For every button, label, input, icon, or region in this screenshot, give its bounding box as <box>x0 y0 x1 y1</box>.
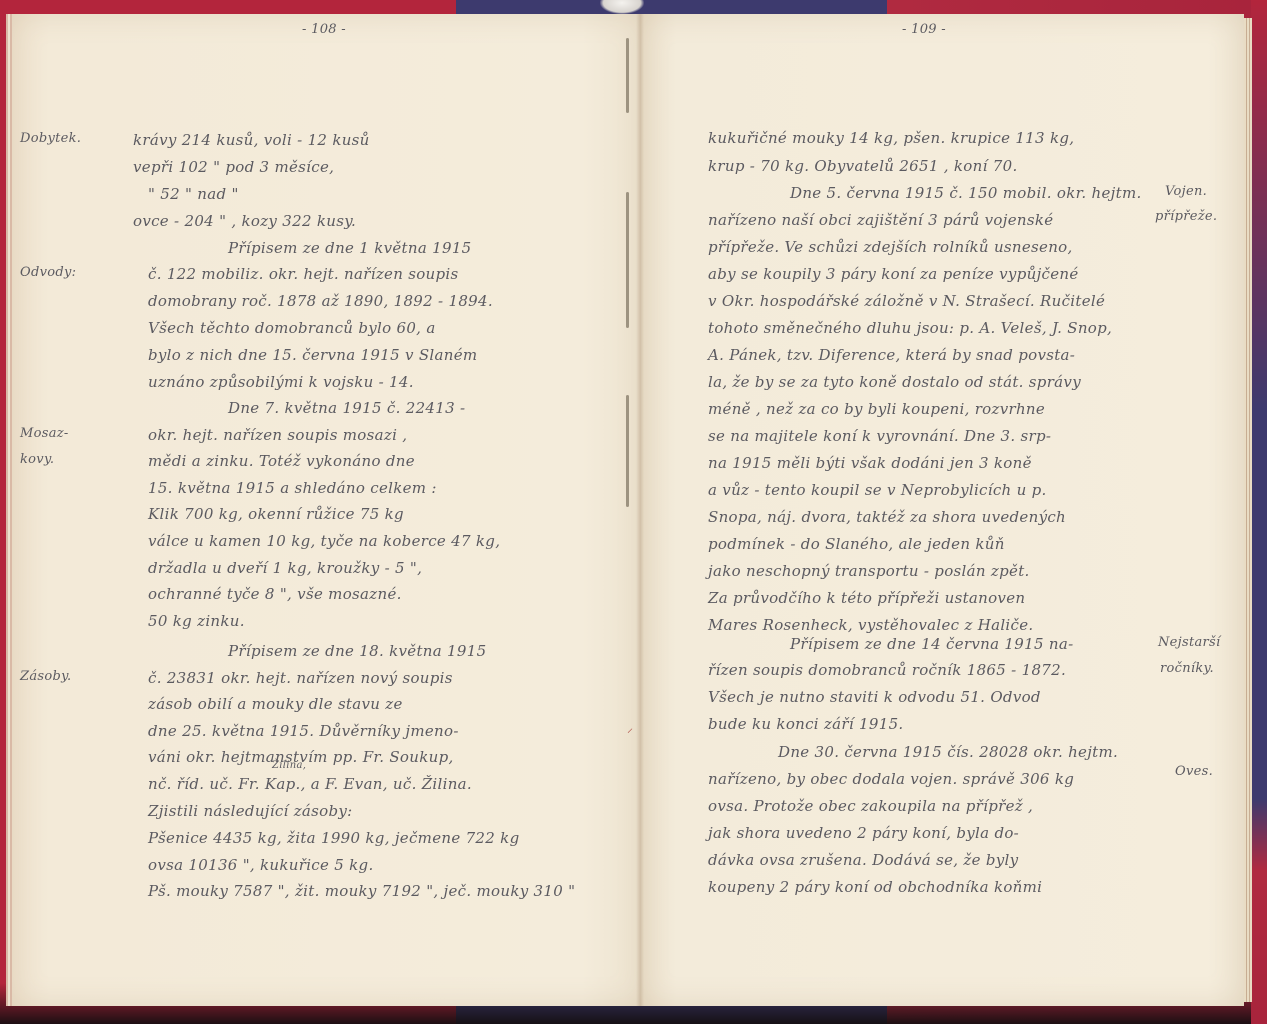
text-line: Klik 700 kg, okenní růžice 75 kg <box>148 504 404 524</box>
text-line: domobrany roč. 1878 až 1890, 1892 - 1894… <box>148 291 493 311</box>
binding-stitch <box>626 38 629 113</box>
binder-clip <box>600 0 644 14</box>
text-line: aby se koupily 3 páry koní za peníze vyp… <box>708 264 1079 284</box>
text-line: vepři 102 " pod 3 měsíce, <box>133 157 334 177</box>
text-line: Pš. mouky 7587 ", žit. mouky 7192 ", ječ… <box>148 881 575 901</box>
text-line: mědi a zinku. Totéž vykonáno dne <box>148 451 415 471</box>
text-line: na 1915 měli býti však dodáni jen 3 koně <box>708 453 1032 473</box>
text-line: kukuřičné mouky 14 kg, pšen. krupice 113… <box>708 128 1074 148</box>
text-line: Snopa, náj. dvora, taktéž za shora uvede… <box>708 507 1066 527</box>
text-line: jak shora uvedeno 2 páry koní, byla do- <box>708 823 1019 843</box>
text-line: tohoto směnečného dluhu jsou: p. A. Vele… <box>708 318 1112 338</box>
text-line: podmínek - do Slaného, ale jeden kůň <box>708 534 1005 554</box>
text-line: Všech je nutno staviti k odvodu 51. Odvo… <box>708 687 1041 707</box>
text-line: ochranné tyče 8 ", vše mosazné. <box>148 584 402 604</box>
margin-note: Oves. <box>1175 763 1213 781</box>
margin-note: ročníky. <box>1160 660 1214 678</box>
text-line: Přípisem ze dne 1 května 1915 <box>228 238 472 258</box>
text-line: " 52 " nad " <box>148 184 239 204</box>
text-line: nařízeno naší obci zajištění 3 párů voje… <box>708 210 1053 230</box>
page-number-left: - 108 - <box>302 22 346 37</box>
text-line: ovsa. Protože obec zakoupila na přípřež … <box>708 796 1033 816</box>
text-line: Přípisem ze dne 18. května 1915 <box>228 641 486 661</box>
text-line: A. Pánek, tzv. Diference, která by snad … <box>708 345 1075 365</box>
cover-edge <box>1251 0 1267 1024</box>
text-line: nařízeno, by obec dodala vojen. správě 3… <box>708 769 1074 789</box>
text-line: v Okr. hospodářské záložně v N. Strašecí… <box>708 291 1105 311</box>
text-line: Všech těchto domobranců bylo 60, a <box>148 318 436 338</box>
text-line: 15. května 1915 a shledáno celkem : <box>148 478 437 498</box>
text-line: Pšenice 4435 kg, žita 1990 kg, ječmene 7… <box>148 828 519 848</box>
text-line: koupeny 2 páry koní od obchodníka koňmi <box>708 877 1042 897</box>
text-line: méně , než za co by byli koupeni, rozvrh… <box>708 399 1045 419</box>
text-line: Mares Rosenheck, vystěhovalec z Haliče. <box>708 615 1033 635</box>
text-line: č. 23831 okr. hejt. nařízen nový soupis <box>148 668 453 688</box>
margin-note: Zásoby. <box>20 668 71 686</box>
text-line: la, že by se za tyto koně dostalo od stá… <box>708 372 1081 392</box>
binding-stitch <box>626 395 629 507</box>
correction-text: Žilina, <box>272 760 306 771</box>
text-line: bylo z nich dne 15. června 1915 v Slaném <box>148 345 477 365</box>
text-line: Zjistili následující zásoby: <box>148 801 353 821</box>
text-line: přípřeže. Ve schůzi zdejších rolníků usn… <box>708 237 1073 257</box>
text-line: č. 122 mobiliz. okr. hejt. nařízen soupi… <box>148 264 459 284</box>
page-number-right: - 109 - <box>902 22 946 37</box>
text-line: a vůz - tento koupil se v Neprobylicích … <box>708 480 1047 500</box>
text-line: nč. říd. uč. Fr. Kap., a F. Evan, uč. Ži… <box>148 774 472 794</box>
text-line: válce u kamen 10 kg, tyče na koberce 47 … <box>148 531 500 551</box>
margin-note: Mosaz- <box>20 425 69 443</box>
margin-note: přípřeže. <box>1155 208 1217 226</box>
text-line: dávka ovsa zrušena. Dodává se, že byly <box>708 850 1018 870</box>
text-line: dne 25. května 1915. Důvěrníky jmeno- <box>148 721 459 741</box>
margin-note: Odvody: <box>20 264 76 282</box>
text-line: bude ku konci září 1915. <box>708 714 904 734</box>
thread-mark: ⸝ <box>627 722 633 734</box>
text-line: zásob obilí a mouky dle stavu ze <box>148 694 403 714</box>
page-edges <box>1244 18 1252 1002</box>
margin-note: Dobytek. <box>20 130 81 148</box>
text-line: uznáno způsobilými k vojsku - 14. <box>148 372 414 392</box>
text-line: okr. hejt. nařízen soupis mosazi , <box>148 425 407 445</box>
text-line: řízen soupis domobranců ročník 1865 - 18… <box>708 660 1066 680</box>
text-line: jako neschopný transportu - poslán zpět. <box>708 561 1030 581</box>
text-line: ovsa 10136 ", kukuřice 5 kg. <box>148 855 374 875</box>
text-line: ovce - 204 " , kozy 322 kusy. <box>133 211 356 231</box>
text-line: krávy 214 kusů, voli - 12 kusů <box>133 130 370 150</box>
text-line: Přípisem ze dne 14 června 1915 na- <box>790 634 1073 654</box>
gutter <box>636 14 644 1006</box>
margin-note: Vojen. <box>1165 183 1207 201</box>
text-line: 50 kg zinku. <box>148 611 245 631</box>
text-line: Za průvodčího k této přípřeži ustanoven <box>708 588 1025 608</box>
text-line: držadla u dveří 1 kg, kroužky - 5 ", <box>148 558 422 578</box>
text-line: Dne 7. května 1915 č. 22413 - <box>228 398 465 418</box>
text-line: krup - 70 kg. Obyvatelů 2651 , koní 70. <box>708 156 1018 176</box>
margin-note: kovy. <box>20 451 54 469</box>
binding-stitch <box>626 192 629 328</box>
text-line: Dne 30. června 1915 čís. 28028 okr. hejt… <box>778 742 1118 762</box>
text-line: se na majitele koní k vyrovnání. Dne 3. … <box>708 426 1051 446</box>
margin-note: Nejstarší <box>1158 634 1221 652</box>
text-line: Dne 5. června 1915 č. 150 mobil. okr. he… <box>790 183 1142 203</box>
